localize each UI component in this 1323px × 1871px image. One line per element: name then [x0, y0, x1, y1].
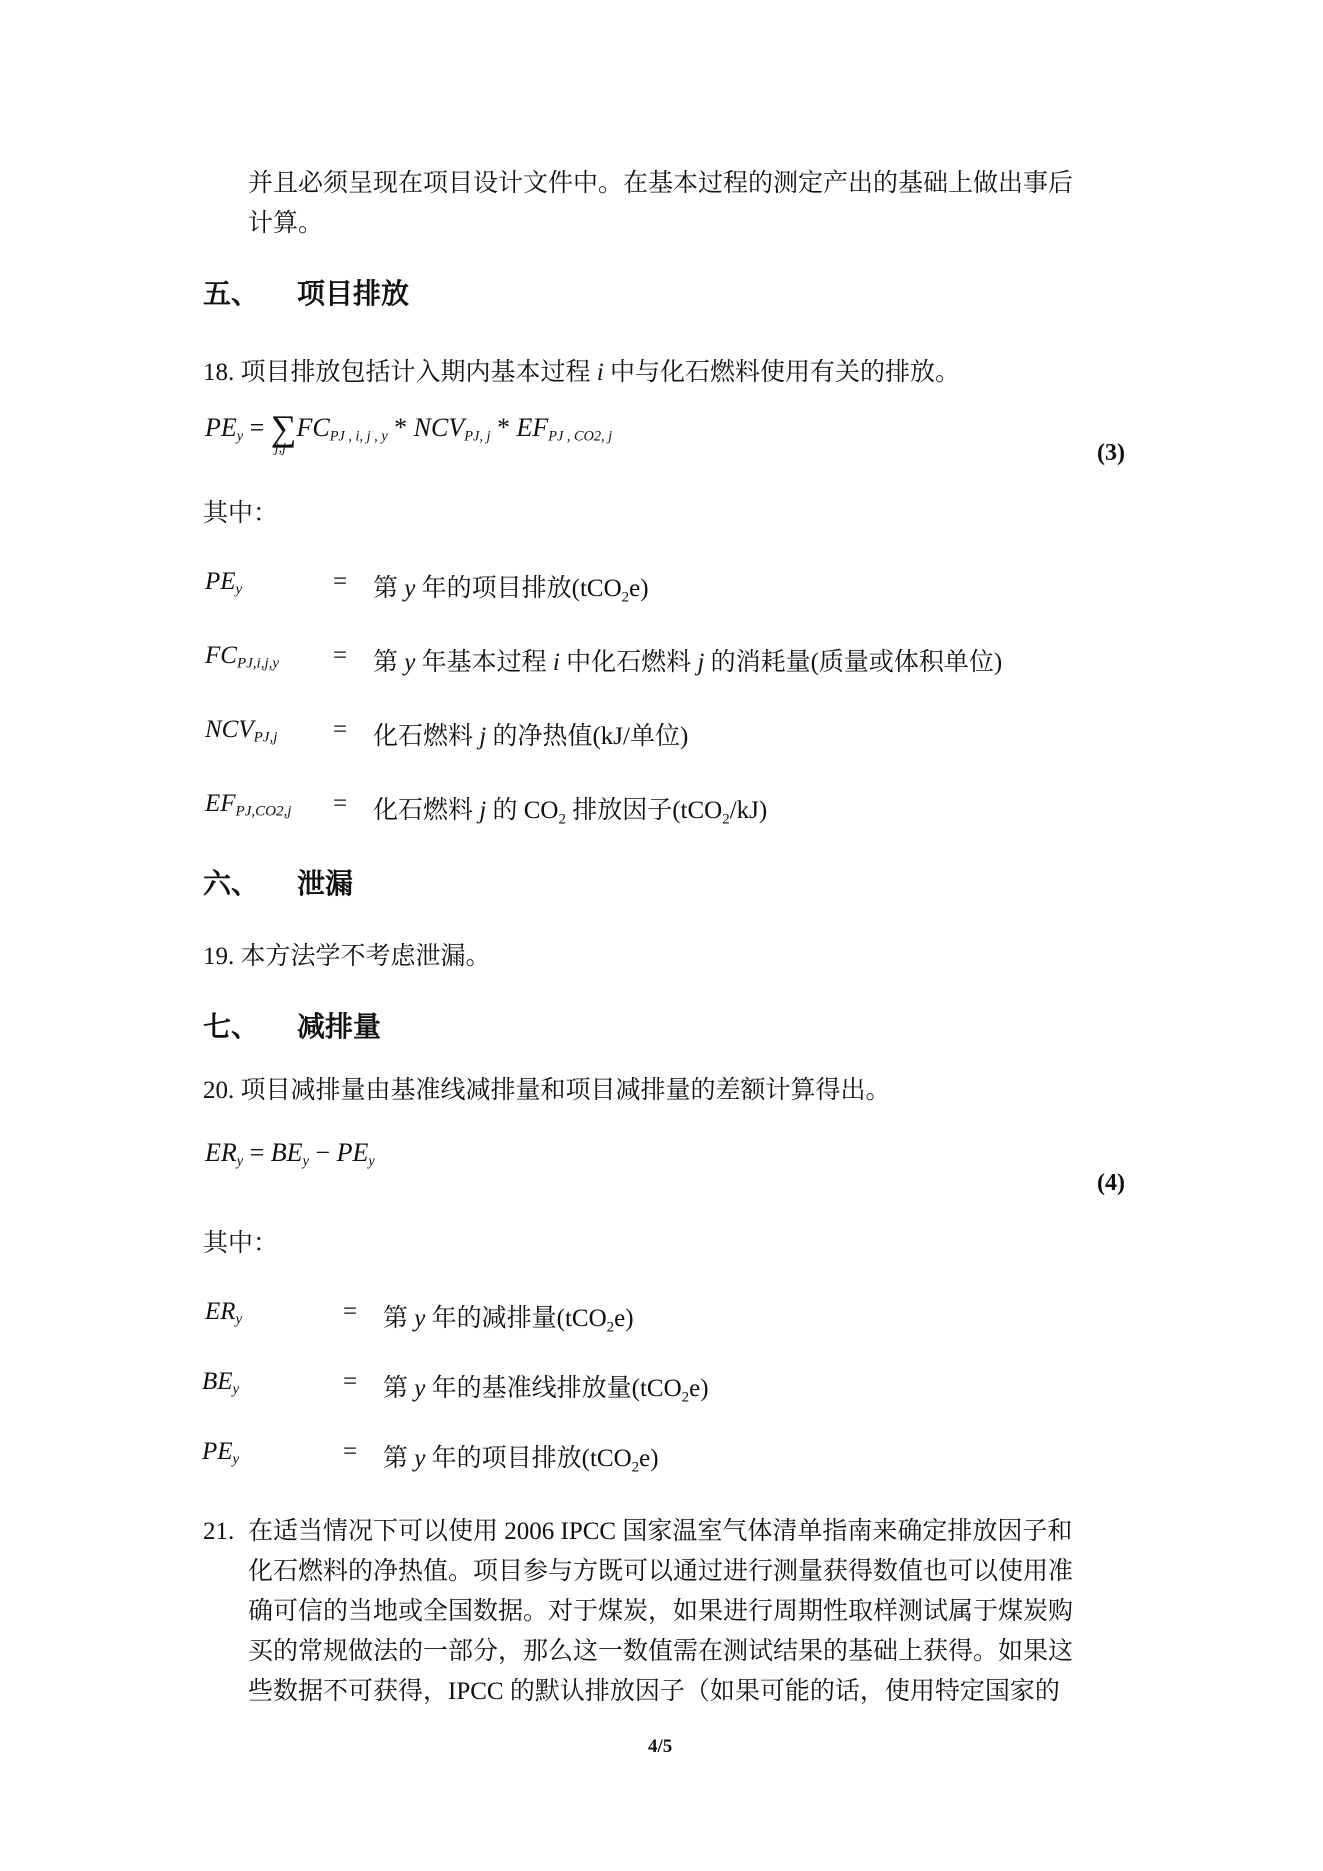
def-symbol: NCV: [205, 716, 254, 743]
eq-operator: *: [490, 413, 516, 442]
def-symbol: PE: [202, 1438, 233, 1465]
paragraph-line: 确可信的当地或全国数据。对于煤炭，如果进行周期性取样测试属于煤炭购: [248, 1592, 1073, 1632]
definition-row: FCPJ,i,j,y: [205, 642, 279, 670]
paragraph-text: 项目排放包括计入期内基本过程: [241, 359, 597, 386]
def-subscript: y: [236, 582, 243, 598]
paragraph-line: 些数据不可获得，IPCC 的默认排放因子（如果可能的话，使用特定国家的: [248, 1672, 1060, 1712]
equation-3: PEy = ∑j,jFCPJ , i, j , y * NCVPJ, j * E…: [205, 408, 612, 448]
definition-row: ERy: [205, 1298, 242, 1326]
eq-term: PE: [337, 1138, 369, 1167]
def-description: 第 y 年的减排量(tCO2e): [383, 1298, 634, 1334]
def-description: 第 y 年基本过程 i 中化石燃料 j 的消耗量(质量或体积单位): [373, 642, 1002, 678]
def-description: 化石燃料 j 的 CO2 排放因子(tCO2/kJ): [373, 790, 767, 826]
def-equals: =: [343, 1368, 357, 1396]
def-subscript: PJ,j: [254, 730, 278, 746]
section-title: 减排量: [297, 1011, 381, 1042]
eq-subscript: PJ , i, j , y: [330, 428, 388, 444]
definition-row: PEy: [202, 1438, 239, 1466]
eq-subscript: PJ, j: [464, 428, 490, 444]
def-subscript: PJ,i,j,y: [237, 656, 279, 672]
def-symbol: PE: [205, 568, 236, 595]
variable-i: i: [597, 359, 604, 386]
summation-symbol: ∑j,j: [271, 408, 297, 448]
def-description: 第 y 年的项目排放(tCO2e): [373, 568, 649, 604]
paragraph-19: 19. 本方法学不考虑泄漏。: [203, 937, 491, 977]
section-number: 五、: [203, 274, 297, 314]
paragraph-20: 20. 项目减排量由基准线减排量和项目减排量的差额计算得出。: [203, 1071, 891, 1111]
continuation-line-2: 计算。: [248, 204, 323, 244]
section-title: 泄漏: [297, 868, 353, 899]
continuation-line-1: 并且必须呈现在项目设计文件中。在基本过程的测定产出的基础上做出事后: [248, 164, 1073, 204]
paragraph-number: 18.: [203, 359, 234, 386]
eq-term: BE: [271, 1138, 303, 1167]
equation-number-4: (4): [1097, 1170, 1125, 1197]
paragraph-line: 化石燃料的净热值。项目参与方既可以通过进行测量获得数值也可以使用准: [248, 1552, 1073, 1592]
paragraph-number: 21.: [203, 1512, 234, 1552]
eq-term: EF: [516, 413, 548, 442]
definition-row: BEy: [202, 1368, 239, 1396]
equation-number-3: (3): [1097, 440, 1125, 467]
eq-operator: −: [309, 1138, 337, 1167]
equation-4: ERy = BEy − PEy: [205, 1133, 375, 1173]
eq-term: FC: [296, 413, 329, 442]
def-subscript: y: [233, 1382, 240, 1398]
page-number: 4/5: [648, 1736, 672, 1758]
definition-row: EFPJ,CO2,j: [205, 790, 291, 818]
section-number: 七、: [203, 1007, 297, 1047]
where-label: 其中：: [203, 1224, 278, 1264]
def-subscript: PJ,CO2,j: [236, 804, 292, 820]
eq-term: PE: [205, 413, 237, 442]
eq-term: ER: [205, 1138, 237, 1167]
section-heading-7: 七、减排量: [203, 1007, 381, 1047]
eq-term: NCV: [414, 413, 465, 442]
eq-operator: *: [388, 413, 414, 442]
section-number: 六、: [203, 864, 297, 904]
def-description: 化石燃料 j 的净热值(kJ/单位): [373, 716, 688, 752]
def-description: 第 y 年的项目排放(tCO2e): [383, 1438, 659, 1474]
definition-row: PEy: [205, 568, 242, 596]
def-equals: =: [333, 642, 347, 670]
def-symbol: FC: [205, 642, 237, 669]
sum-index: j,j: [275, 442, 286, 456]
paragraph-line: 买的常规做法的一部分，那么这一数值需在测试结果的基础上获得。如果这: [248, 1632, 1073, 1672]
def-symbol: BE: [202, 1368, 233, 1395]
def-subscript: y: [233, 1452, 240, 1468]
def-symbol: ER: [205, 1298, 236, 1325]
def-description: 第 y 年的基准线排放量(tCO2e): [383, 1368, 709, 1404]
def-subscript: y: [236, 1312, 243, 1328]
paragraph-text: 中与化石燃料使用有关的排放。: [604, 359, 960, 386]
def-equals: =: [333, 716, 347, 744]
eq-subscript: y: [368, 1153, 374, 1169]
eq-operator: =: [243, 1138, 271, 1167]
section-title: 项目排放: [297, 278, 409, 309]
section-heading-5: 五、项目排放: [203, 274, 409, 314]
def-equals: =: [333, 568, 347, 596]
paragraph-18: 18. 项目排放包括计入期内基本过程 i 中与化石燃料使用有关的排放。: [203, 353, 960, 393]
def-equals: =: [343, 1298, 357, 1326]
definition-row: NCVPJ,j: [205, 716, 277, 744]
def-symbol: EF: [205, 790, 236, 817]
where-label: 其中：: [203, 494, 278, 534]
eq-subscript: PJ , CO2, j: [548, 428, 612, 444]
def-equals: =: [333, 790, 347, 818]
def-equals: =: [343, 1438, 357, 1466]
paragraph-line: 在适当情况下可以使用 2006 IPCC 国家温室气体清单指南来确定排放因子和: [248, 1512, 1072, 1552]
section-heading-6: 六、泄漏: [203, 864, 353, 904]
eq-operator: =: [243, 413, 271, 442]
